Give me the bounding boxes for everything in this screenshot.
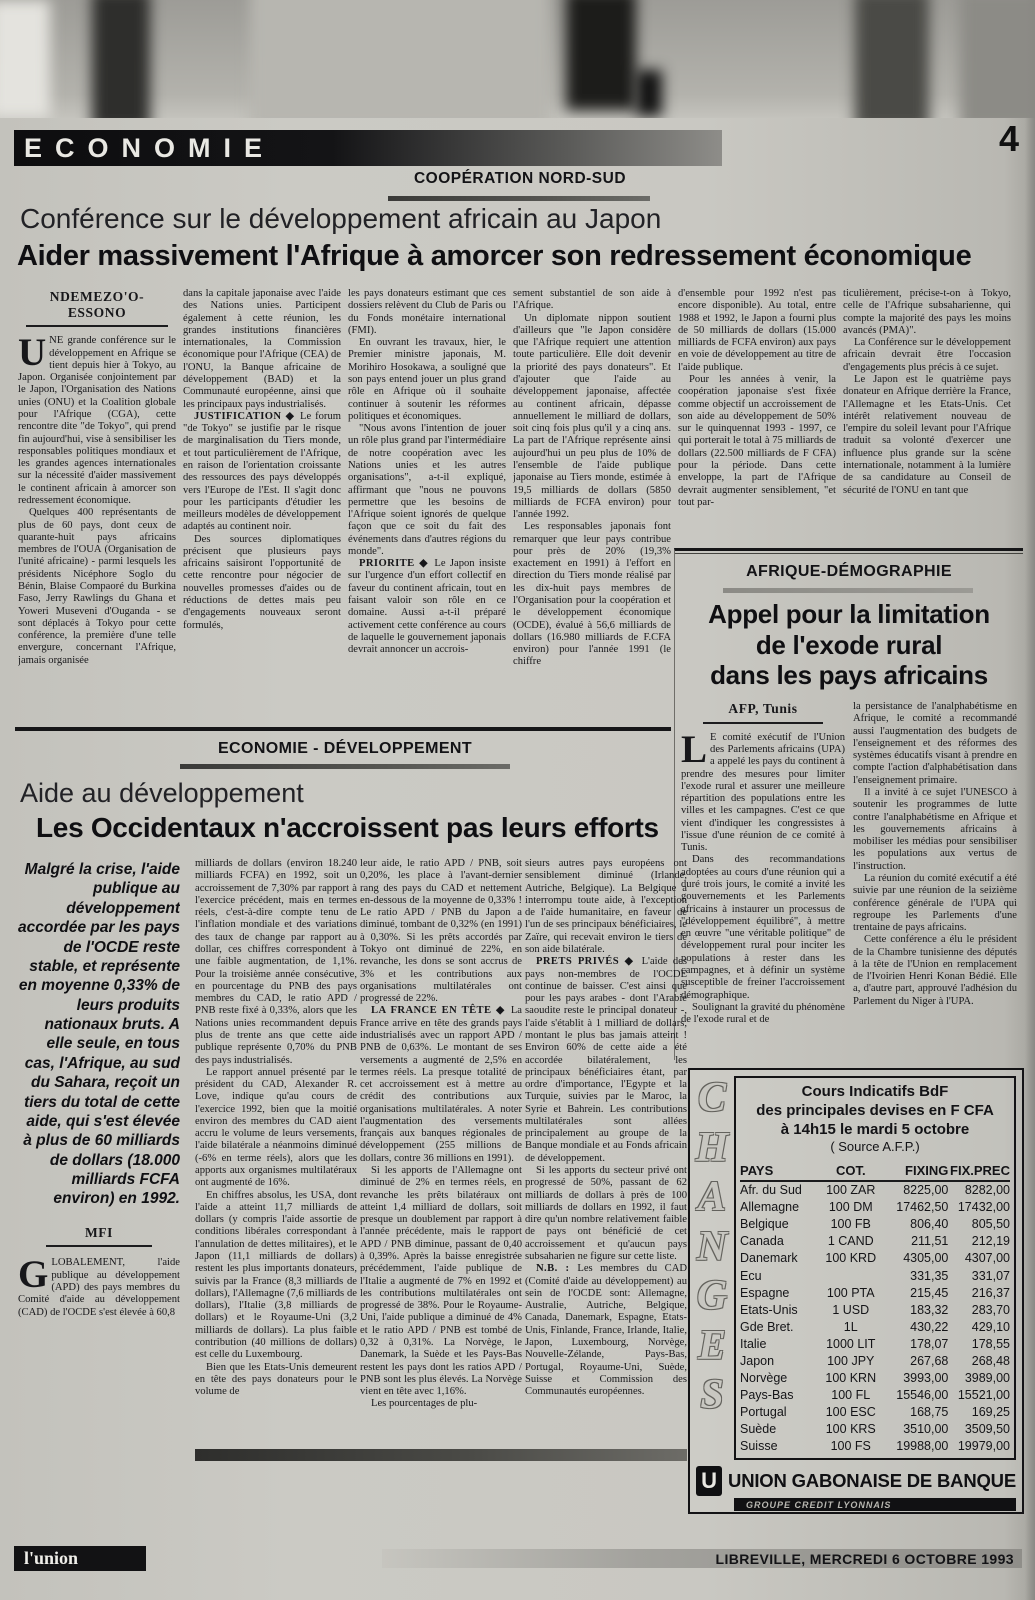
demography-kicker-rule bbox=[723, 588, 973, 593]
currency-row: Danemark100 KRD4305,004307,00 bbox=[740, 1250, 1010, 1267]
currency-row: Afr. du Sud100 ZAR8225,008282,00 bbox=[740, 1181, 1010, 1199]
article2-kicker: ECONOMIE - DÉVELOPPEMENT bbox=[170, 740, 520, 758]
section-label: ECONOMIE bbox=[24, 133, 275, 164]
currency-cell: 429,10 bbox=[948, 1318, 1010, 1335]
paragraph: Pour les années à venir, la coopération … bbox=[678, 374, 836, 509]
paragraph-lead-in: PRIORITE ◆ bbox=[359, 558, 434, 569]
currency-cell: Ecu bbox=[740, 1267, 821, 1284]
paragraph-lead-in: LA FRANCE EN TÊTE ◆ bbox=[371, 1005, 511, 1016]
scan-artifact bbox=[855, 0, 929, 118]
article2-headline: Les Occidentaux n'accroissent pas leurs … bbox=[36, 812, 716, 844]
currency-row: Pays-Bas100 FL15546,0015521,00 bbox=[740, 1387, 1010, 1404]
article2-byline: MFI bbox=[46, 1225, 152, 1248]
paragraph: Le rapport annuel présenté par le présid… bbox=[195, 1067, 357, 1190]
bank-logo: U bbox=[696, 1466, 722, 1496]
col-header-cot: COT. bbox=[821, 1163, 881, 1181]
currency-cell: Italie bbox=[740, 1335, 821, 1352]
vertical-letter: G bbox=[692, 1272, 732, 1322]
article1-column-5: d'ensemble pour 1992 n'est pas encore di… bbox=[678, 288, 836, 540]
demography-column-1: AFP, Tunis LE comité exécutif de l'Union… bbox=[681, 701, 845, 1053]
paragraph: Soulignant la gravité du phénomène de l'… bbox=[681, 1002, 845, 1027]
col-header-fixing: FIXING bbox=[881, 1163, 949, 1181]
footer-brand-box: l'union bbox=[14, 1546, 146, 1571]
footer-date-bar: Libreville, Mercredi 6 Octobre 1993 bbox=[382, 1549, 1022, 1568]
article1-byline: NDEMEZO'O-ESSONO bbox=[26, 289, 168, 327]
currency-row: Suède100 KRS3510,003509,50 bbox=[740, 1421, 1010, 1438]
currency-cell: 8282,00 bbox=[948, 1181, 1010, 1199]
currency-cell: 19979,00 bbox=[948, 1438, 1010, 1455]
currency-cell: 100 JPY bbox=[821, 1352, 881, 1369]
demography-kicker: AFRIQUE-DÉMOGRAPHIE bbox=[675, 563, 1023, 581]
currency-cell: 4307,00 bbox=[948, 1250, 1010, 1267]
paragraph: les pays donateurs estimant que ces doss… bbox=[348, 288, 506, 337]
currency-panel: Cours Indicatifs BdF des principales dev… bbox=[734, 1076, 1016, 1460]
scan-artifact bbox=[0, 0, 50, 118]
currency-cell: 178,55 bbox=[948, 1335, 1010, 1352]
paragraph: d'ensemble pour 1992 n'est pas encore di… bbox=[678, 288, 836, 374]
currency-cell: 268,48 bbox=[948, 1352, 1010, 1369]
changes-vertical-label: CHANGES bbox=[692, 1074, 732, 1421]
currency-row: Canada1 CAND211,51212,19 bbox=[740, 1233, 1010, 1250]
newspaper-page: ECONOMIE 4 COOPÉRATION NORD-SUD Conféren… bbox=[0, 0, 1035, 1600]
currency-cell: Portugal bbox=[740, 1404, 821, 1421]
article2-column-2: milliards de dollars (environ 18.240 mil… bbox=[195, 858, 357, 1446]
currency-row: Norvège100 KRN3993,003989,00 bbox=[740, 1370, 1010, 1387]
currency-cell: 4305,00 bbox=[881, 1250, 949, 1267]
article2-intro: Malgré la crise, l'aide publique au déve… bbox=[18, 860, 180, 1209]
currency-row: Italie1000 LIT178,07178,55 bbox=[740, 1335, 1010, 1352]
page-number: 4 bbox=[999, 118, 1019, 160]
paragraph: sement substantiel de son aide à l'Afriq… bbox=[513, 288, 671, 313]
paragraph: Quelques 400 représentants de plus de 60… bbox=[18, 507, 176, 667]
footer-brand: l'union bbox=[24, 1548, 78, 1569]
article1-column-1: NDEMEZO'O-ESSONO UNE grande conférence s… bbox=[18, 288, 176, 732]
currency-cell: 17432,00 bbox=[948, 1199, 1010, 1216]
paragraph: Le Japon est le quatrième pays donateur … bbox=[843, 374, 1011, 497]
currency-row: Suisse100 FS19988,0019979,00 bbox=[740, 1438, 1010, 1455]
paragraph: Si les apports du secteur privé ont prog… bbox=[525, 1165, 687, 1263]
page-edge-shadow bbox=[1025, 0, 1035, 1600]
paragraph: dans la capitale japonaise avec l'aide d… bbox=[183, 288, 341, 411]
paragraph: Un diplomate nippon soutient d'ailleurs … bbox=[513, 313, 671, 522]
article1-kicker: COOPÉRATION NORD-SUD bbox=[330, 170, 710, 188]
footer-date: Libreville, Mercredi 6 Octobre 1993 bbox=[716, 1551, 1014, 1567]
demography-column-2: la persistance de l'analphabétisme en Af… bbox=[853, 701, 1017, 1053]
currency-title-line2: des principales devises en F CFA bbox=[740, 1102, 1010, 1121]
currency-title-line1: Cours Indicatifs BdF bbox=[740, 1083, 1010, 1102]
bank-name: UNION GABONAISE DE BANQUE bbox=[728, 1470, 1016, 1492]
paragraph: La réunion du comité exécutif a été suiv… bbox=[853, 873, 1017, 934]
currency-cell: 100 KRS bbox=[821, 1421, 881, 1438]
drop-cap: U bbox=[18, 335, 49, 368]
paragraph: sieurs autres pays européens ont sensibl… bbox=[525, 858, 687, 956]
vertical-letter: C bbox=[692, 1074, 732, 1124]
currency-cell: Etats-Unis bbox=[740, 1301, 821, 1318]
currency-cell: 216,37 bbox=[948, 1284, 1010, 1301]
paragraph: Si les apports de l'Allemagne ont diminu… bbox=[360, 1165, 522, 1398]
currency-cell: 100 KRN bbox=[821, 1370, 881, 1387]
currency-cell: 100 PTA bbox=[821, 1284, 881, 1301]
article2-column-1: Malgré la crise, l'aide publique au déve… bbox=[18, 860, 180, 1545]
demography-article-box: AFRIQUE-DÉMOGRAPHIE Appel pour la limita… bbox=[674, 548, 1023, 1060]
paragraph: JUSTIFICATION ◆ Le forum "de Tokyo" se j… bbox=[183, 411, 341, 534]
top-scan-band bbox=[0, 0, 1035, 118]
article2-kicker-rule bbox=[180, 764, 510, 769]
paragraph-lead-in: PRETS PRIVÉS ◆ bbox=[536, 956, 642, 967]
currency-cell: 1000 LIT bbox=[821, 1335, 881, 1352]
currency-cell: 100 FB bbox=[821, 1216, 881, 1233]
currency-cell: 183,32 bbox=[881, 1301, 949, 1318]
paragraph: Les responsables japonais font remarquer… bbox=[513, 521, 671, 668]
vertical-letter: H bbox=[692, 1124, 732, 1174]
currency-cell: Afr. du Sud bbox=[740, 1181, 821, 1199]
currency-title-line3: à 14h15 le mardi 5 octobre bbox=[740, 1121, 1010, 1140]
currency-cell: 100 FS bbox=[821, 1438, 881, 1455]
currency-row: Belgique100 FB806,40805,50 bbox=[740, 1216, 1010, 1233]
paragraph-lead-in: JUSTIFICATION ◆ bbox=[194, 411, 300, 422]
currency-cell: 283,70 bbox=[948, 1301, 1010, 1318]
paragraph: Cette conférence a élu le président de l… bbox=[853, 934, 1017, 1008]
currency-cell: Belgique bbox=[740, 1216, 821, 1233]
currency-row: Ecu331,35331,07 bbox=[740, 1267, 1010, 1284]
drop-cap: G bbox=[18, 1257, 51, 1290]
section-banner: ECONOMIE bbox=[14, 130, 722, 166]
currency-cell: 805,50 bbox=[948, 1216, 1010, 1233]
scan-artifact bbox=[636, 70, 662, 116]
currency-cell: 100 KRD bbox=[821, 1250, 881, 1267]
currency-cell: 3509,50 bbox=[948, 1421, 1010, 1438]
scan-artifact bbox=[250, 0, 550, 118]
paragraph: leur aide, le ratio APD / PNB, soit 0,20… bbox=[360, 858, 522, 1005]
article2-column-4: sieurs autres pays européens ont sensibl… bbox=[525, 858, 687, 1446]
currency-cell: 178,07 bbox=[881, 1335, 949, 1352]
currency-cell: 3989,00 bbox=[948, 1370, 1010, 1387]
currency-cell: 212,19 bbox=[948, 1233, 1010, 1250]
changes-box: CHANGES Cours Indicatifs BdF des princip… bbox=[688, 1068, 1024, 1514]
demography-headline: Appel pour la limitation de l'exode rura… bbox=[675, 599, 1023, 691]
currency-row: Gde Bret.1L430,22429,10 bbox=[740, 1318, 1010, 1335]
currency-row: Allemagne100 DM17462,5017432,00 bbox=[740, 1199, 1010, 1216]
currency-cell: 100 FL bbox=[821, 1387, 881, 1404]
article1-column-3: les pays donateurs estimant que ces doss… bbox=[348, 288, 506, 732]
currency-cell: 19988,00 bbox=[881, 1438, 949, 1455]
article1-column-4: sement substantiel de son aide à l'Afriq… bbox=[513, 288, 671, 732]
currency-cell: Japon bbox=[740, 1352, 821, 1369]
col-header-fixprec: FIX.PREC bbox=[948, 1163, 1010, 1181]
currency-cell: 3510,00 bbox=[881, 1421, 949, 1438]
article2-overline: Aide au développement bbox=[20, 778, 304, 809]
paragraph: GLOBALEMENT, l'aide publique au développ… bbox=[18, 1257, 180, 1318]
paragraph: Dans des recommandations adoptées au cou… bbox=[681, 854, 845, 1001]
vertical-letter: A bbox=[692, 1173, 732, 1223]
currency-cell: Pays-Bas bbox=[740, 1387, 821, 1404]
currency-table-header-row: PAYS COT. FIXING FIX.PREC bbox=[740, 1163, 1010, 1181]
currency-cell: Danemark bbox=[740, 1250, 821, 1267]
drop-cap: L bbox=[681, 732, 710, 765]
currency-cell: 430,22 bbox=[881, 1318, 949, 1335]
article2-column-3: leur aide, le ratio APD / PNB, soit 0,20… bbox=[360, 858, 522, 1446]
currency-row: Japon100 JPY267,68268,48 bbox=[740, 1352, 1010, 1369]
paragraph: PRETS PRIVÉS ◆ L'aide des pays non-membr… bbox=[525, 956, 687, 1165]
article2-bottom-rule bbox=[195, 1449, 687, 1461]
bank-group-bar: GROUPE CREDIT LYONNAIS bbox=[734, 1498, 1016, 1511]
currency-cell: 806,40 bbox=[881, 1216, 949, 1233]
paragraph: "Nous avons l'intention de jouer un rôle… bbox=[348, 423, 506, 558]
vertical-letter: S bbox=[692, 1371, 732, 1421]
currency-cell: Norvège bbox=[740, 1370, 821, 1387]
currency-cell: 331,35 bbox=[881, 1267, 949, 1284]
currency-row: Portugal100 ESC168,75169,25 bbox=[740, 1404, 1010, 1421]
currency-cell: 8225,00 bbox=[881, 1181, 949, 1199]
paragraph: N.B. : Les membres du CAD (Comité d'aide… bbox=[525, 1263, 687, 1398]
currency-cell: 15521,00 bbox=[948, 1387, 1010, 1404]
paragraph: En ouvrant les travaux, hier, le Premier… bbox=[348, 337, 506, 423]
currency-cell: 168,75 bbox=[881, 1404, 949, 1421]
currency-cell: 211,51 bbox=[881, 1233, 949, 1250]
divider-rule bbox=[15, 727, 671, 731]
currency-cell: 1 CAND bbox=[821, 1233, 881, 1250]
currency-cell: 100 ESC bbox=[821, 1404, 881, 1421]
currency-cell: Allemagne bbox=[740, 1199, 821, 1216]
scan-artifact bbox=[960, 0, 1035, 118]
paragraph: Les pourcentages de plu- bbox=[360, 1398, 522, 1410]
article1-kicker-rule bbox=[388, 196, 650, 201]
paragraph: En chiffres absolus, les USA, dont l'aid… bbox=[195, 1190, 357, 1362]
article1-column-6: ticulièrement, précise-t-on à Tokyo, cel… bbox=[843, 288, 1011, 540]
paragraph: ticulièrement, précise-t-on à Tokyo, cel… bbox=[843, 288, 1011, 337]
paragraph: milliards de dollars (environ 18.240 mil… bbox=[195, 858, 357, 1067]
demography-byline: AFP, Tunis bbox=[703, 701, 823, 724]
paragraph: Bien que les Etats-Unis demeurent en têt… bbox=[195, 1362, 357, 1399]
currency-cell: 17462,50 bbox=[881, 1199, 949, 1216]
paragraph: PRIORITE ◆ Le Japon insiste sur l'urgenc… bbox=[348, 558, 506, 656]
col-header-pays: PAYS bbox=[740, 1163, 821, 1181]
currency-cell: Suède bbox=[740, 1421, 821, 1438]
scan-artifact bbox=[566, 0, 636, 110]
bank-group-label: GROUPE CREDIT LYONNAIS bbox=[746, 1500, 891, 1510]
currency-cell: 331,07 bbox=[948, 1267, 1010, 1284]
paragraph: Des sources diplomatiques précisent que … bbox=[183, 534, 341, 632]
currency-table: PAYS COT. FIXING FIX.PREC Afr. du Sud100… bbox=[740, 1163, 1010, 1456]
bank-banner: U UNION GABONAISE DE BANQUE bbox=[696, 1466, 1016, 1496]
paragraph-lead-in: N.B. : bbox=[536, 1263, 577, 1274]
currency-cell: 3993,00 bbox=[881, 1370, 949, 1387]
currency-cell: Suisse bbox=[740, 1438, 821, 1455]
currency-row: Espagne100 PTA215,45216,37 bbox=[740, 1284, 1010, 1301]
paragraph: LA FRANCE EN TÊTE ◆ La France arrive en … bbox=[360, 1005, 522, 1165]
currency-row: Etats-Unis1 USD183,32283,70 bbox=[740, 1301, 1010, 1318]
currency-cell: 100 ZAR bbox=[821, 1181, 881, 1199]
currency-cell: 267,68 bbox=[881, 1352, 949, 1369]
paragraph: UNE grande conférence sur le développeme… bbox=[18, 335, 176, 507]
paragraph: la persistance de l'analphabétisme en Af… bbox=[853, 701, 1017, 787]
scan-artifact bbox=[92, 0, 150, 118]
paragraph: Il a invité à ce sujet l'UNESCO à souten… bbox=[853, 787, 1017, 873]
currency-cell: 100 DM bbox=[821, 1199, 881, 1216]
currency-cell: 15546,00 bbox=[881, 1387, 949, 1404]
article1-overline: Conférence sur le développement africain… bbox=[20, 203, 661, 235]
currency-cell: 169,25 bbox=[948, 1404, 1010, 1421]
vertical-letter: E bbox=[692, 1322, 732, 1372]
article1-headline: Aider massivement l'Afrique à amorcer so… bbox=[17, 240, 1022, 273]
article1-column-2: dans la capitale japonaise avec l'aide d… bbox=[183, 288, 341, 732]
currency-cell: 215,45 bbox=[881, 1284, 949, 1301]
currency-cell bbox=[821, 1267, 881, 1284]
paragraph: La Conférence sur le développement afric… bbox=[843, 337, 1011, 374]
currency-cell: Gde Bret. bbox=[740, 1318, 821, 1335]
currency-source: ( Source A.F.P.) bbox=[740, 1139, 1010, 1155]
vertical-letter: N bbox=[692, 1223, 732, 1273]
currency-cell: 1 USD bbox=[821, 1301, 881, 1318]
currency-cell: Canada bbox=[740, 1233, 821, 1250]
currency-cell: 1L bbox=[821, 1318, 881, 1335]
currency-cell: Espagne bbox=[740, 1284, 821, 1301]
